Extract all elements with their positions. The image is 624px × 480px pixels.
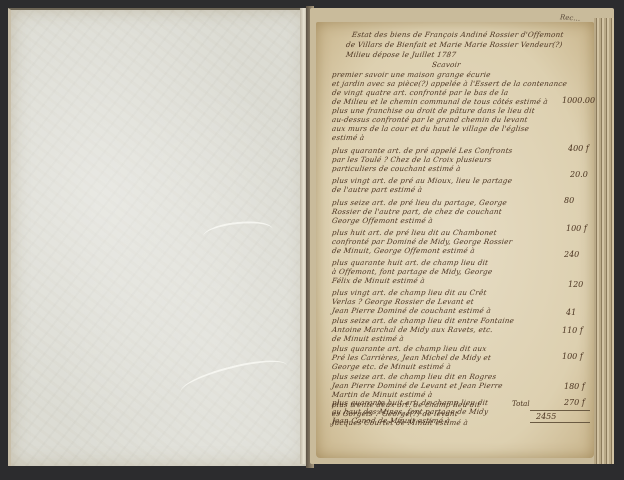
- entry-amount: 41: [566, 308, 576, 317]
- entry-line: à Offemont, font partage de Midy, George: [331, 267, 493, 276]
- entry-line: plus huit art. de pré lieu dit au Chambo…: [331, 228, 497, 237]
- title-line: Estat des biens de François Andiné Rossi…: [351, 30, 564, 39]
- entry-line: plus seize art. de champ lieu dit en Rog…: [331, 372, 497, 381]
- entry-line: Jean Pierre Dominé de couchant estimé à: [331, 306, 491, 315]
- entry-line: Pré les Carrières, Jean Michel de Midy e…: [331, 353, 491, 362]
- total-label: Total: [512, 400, 530, 408]
- entry-line: Jean Conod de Minuit estimé à: [331, 416, 450, 425]
- entry-amount: 120: [568, 280, 583, 289]
- total-rule: [530, 422, 590, 423]
- entry-line: George Offemont estimé à: [331, 216, 433, 225]
- entry-line: de Minuit estimé à: [331, 334, 404, 343]
- entry-line: et jardin avec sa pièce(?) appelée à l'E…: [331, 79, 567, 88]
- corner-note: Rec…: [560, 13, 581, 22]
- total-rule: [530, 410, 590, 411]
- entry-line: plus vingt art. de pré au Mioux, lieu le…: [331, 176, 512, 185]
- paper-crease: [202, 218, 274, 247]
- entry-line: de l'autre part estimé à: [331, 185, 423, 194]
- entry-line: aux murs de la cour et du haut le villag…: [331, 124, 529, 133]
- title-line: de Villars de Bienfait et Marie Marie Ro…: [345, 40, 563, 49]
- entry-line: confronté par Dominé de Midy, George Ros…: [331, 237, 513, 246]
- entry-line: de vingt quatre art. confronté par le ba…: [331, 88, 509, 97]
- entry-amount: 80: [564, 196, 574, 205]
- entry-line: au-dessus confronté par le grand chemin …: [331, 115, 528, 124]
- entry-line: estimé à: [331, 133, 365, 142]
- entry-amount: 270 f: [564, 398, 585, 407]
- entry-line: premier savoir une maison grange écurie: [331, 70, 491, 79]
- entry-line: plus une franchise ou droit de pâture da…: [331, 106, 535, 115]
- entry-line: plus quarante art. de pré appelé Les Con…: [331, 146, 513, 155]
- entry-line: plus vingt art. de champ lieu dit au Crê…: [331, 288, 487, 297]
- page-stack-edge: [594, 18, 614, 464]
- entry-line: de Minuit, George Offemont estimé à: [331, 246, 475, 255]
- title-line: Scavoir: [431, 60, 461, 69]
- title-line: Milieu dépose le Juillet 1787: [345, 50, 456, 59]
- entry-line: Jean Pierre Dominé de Levant et Jean Pie…: [331, 381, 503, 390]
- entry-line: plus quarante huit art. de champ lieu di…: [331, 398, 489, 407]
- entry-amount: 180 f: [564, 382, 585, 391]
- entry-line: Rossier de l'autre part, de chez de couc…: [331, 207, 502, 216]
- entry-amount: 100 f: [562, 352, 583, 361]
- total-amount: 2455: [536, 412, 556, 421]
- entry-line: au haut des Mines, font partage de Midy: [331, 407, 488, 416]
- blank-cover-page: [8, 8, 307, 466]
- entry-line: Félix de Minuit estimé à: [331, 276, 425, 285]
- entry-amount: 100 f: [566, 224, 587, 233]
- paper-crease: [177, 353, 290, 405]
- entry-amount: 20.0: [570, 170, 588, 179]
- entry-line: de Milieu et le chemin communal de tous …: [331, 97, 548, 106]
- entry-amount: 110 f: [562, 326, 583, 335]
- entry-amount: 240: [564, 250, 579, 259]
- entry-amount: 400 f: [568, 144, 589, 153]
- entry-line: plus quarante huit art. de champ lieu di…: [331, 258, 489, 267]
- entry-amount: 1000.00: [562, 96, 595, 105]
- entry-line: Verlas ? George Rossier de Levant et: [331, 297, 474, 306]
- entry-line: plus seize art. de pré lieu du partage, …: [331, 198, 507, 207]
- entry-line: plus quarante art. de champ lieu dit aux: [331, 344, 487, 353]
- entry-line: Antoine Marchal de Midy aux Ravets, etc.: [331, 325, 493, 334]
- entry-line: particuliers de couchant estimé à: [331, 164, 461, 173]
- entry-line: par les Toulé ? Chez de la Croix plusieu…: [331, 155, 492, 164]
- manuscript-scan: Rec… Estat des biens de François Andiné …: [0, 0, 624, 480]
- entry-line: George etc. de Minuit estimé à: [331, 362, 451, 371]
- entry-line: plus seize art. de champ lieu dit entre …: [331, 316, 514, 325]
